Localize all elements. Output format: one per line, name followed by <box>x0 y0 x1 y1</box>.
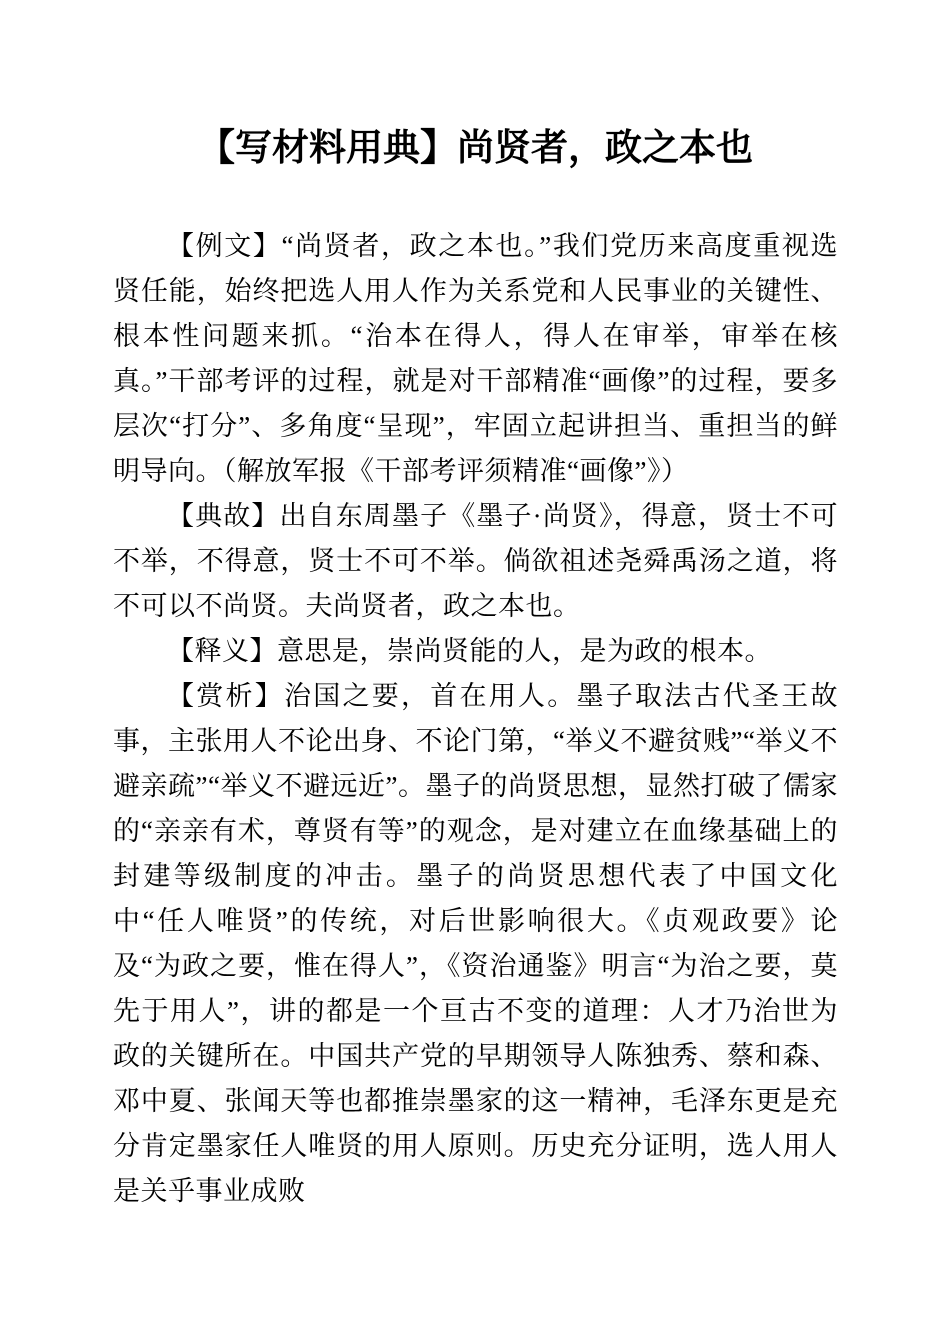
document-page: 【写材料用典】尚贤者，政之本也 【例文】“尚贤者，政之本也。”我们党历来高度重视… <box>0 0 950 1344</box>
paragraph-example-text: 【例文】“尚贤者，政之本也。”我们党历来高度重视选贤任能，始终把选人用人作为关系… <box>113 224 838 494</box>
paragraph-appreciation: 【赏析】治国之要，首在用人。墨子取法古代圣王故事，主张用人不论出身、不论门第，“… <box>113 674 838 1214</box>
paragraph-allusion: 【典故】出自东周墨子《墨子·尚贤》，得意，贤士不可不举，不得意，贤士不可不举。倘… <box>113 494 838 629</box>
paragraph-interpretation: 【释义】意思是，崇尚贤能的人，是为政的根本。 <box>113 629 838 674</box>
document-title: 【写材料用典】尚贤者，政之本也 <box>113 126 838 170</box>
